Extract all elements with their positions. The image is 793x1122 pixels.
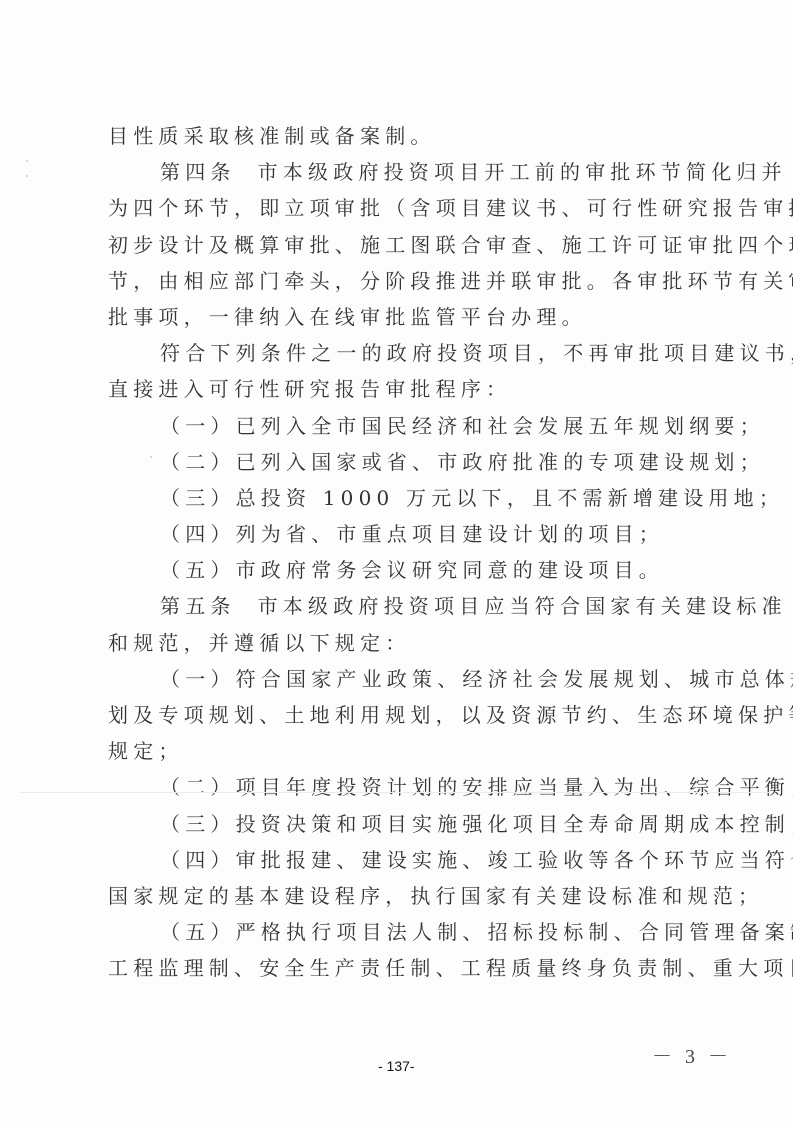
text-line: 节，由相应部门牵头，分阶段推进并联审批。各审批环节有关审 bbox=[108, 263, 694, 299]
article-heading: 第四条 bbox=[160, 160, 236, 184]
text-line: 目性质采取核准制或备案制。 bbox=[108, 118, 694, 154]
article-heading: 第五条 bbox=[160, 594, 236, 618]
list-item: （三）总投资 1000 万元以下，且不需新增建设用地； bbox=[108, 480, 694, 516]
text-line: 市本级政府投资项目开工前的审批环节简化归并 bbox=[258, 160, 787, 184]
list-item: （五）市政府常务会议研究同意的建设项目。 bbox=[108, 552, 694, 588]
scan-speck bbox=[150, 456, 152, 458]
original-page-number: － 3 － bbox=[652, 1040, 732, 1069]
compiled-page-number: - 137- bbox=[378, 1058, 415, 1074]
list-item: （五）严格执行项目法人制、招标投标制、合同管理备案制、 bbox=[108, 914, 694, 950]
list-item: （三）投资决策和项目实施强化项目全寿命周期成本控制； bbox=[108, 806, 694, 842]
list-item: （一）已列入全市国民经济和社会发展五年规划纲要； bbox=[108, 408, 694, 444]
text-line: 为四个环节，即立项审批（含项目建议书、可行性研究报告审批）、 bbox=[108, 190, 694, 226]
body-text: 目性质采取核准制或备案制。 第四条市本级政府投资项目开工前的审批环节简化归并 为… bbox=[108, 118, 694, 987]
text-line: 初步设计及概算审批、施工图联合审查、施工许可证审批四个环 bbox=[108, 227, 694, 263]
text-line: 批事项，一律纳入在线审批监管平台办理。 bbox=[108, 299, 694, 335]
scan-fold-line bbox=[20, 792, 770, 793]
text-line: 和规范，并遵循以下规定： bbox=[108, 625, 694, 661]
article-5-line: 第五条市本级政府投资项目应当符合国家有关建设标准 bbox=[108, 588, 694, 624]
text-line: 划及专项规划、土地利用规划，以及资源节约、生态环境保护等 bbox=[108, 697, 694, 733]
text-line: 符合下列条件之一的政府投资项目，不再审批项目建议书， bbox=[108, 335, 694, 371]
text-line: 规定； bbox=[108, 733, 694, 769]
list-item: （一）符合国家产业政策、经济社会发展规划、城市总体规 bbox=[108, 661, 694, 697]
list-item: （二）已列入国家或省、市政府批准的专项建设规划； bbox=[108, 444, 694, 480]
list-item: （二）项目年度投资计划的安排应当量入为出、综合平衡； bbox=[108, 769, 694, 805]
text-line: 直接进入可行性研究报告审批程序： bbox=[108, 371, 694, 407]
scan-speck bbox=[26, 175, 28, 177]
text-line: 市本级政府投资项目应当符合国家有关建设标准 bbox=[258, 594, 787, 618]
list-item: （四）审批报建、建设实施、竣工验收等各个环节应当符合 bbox=[108, 842, 694, 878]
article-4-line: 第四条市本级政府投资项目开工前的审批环节简化归并 bbox=[108, 154, 694, 190]
document-page: 目性质采取核准制或备案制。 第四条市本级政府投资项目开工前的审批环节简化归并 为… bbox=[0, 0, 793, 1122]
text-line: 工程监理制、安全生产责任制、工程质量终身负责制、重大项目 bbox=[108, 950, 694, 986]
text-line: 国家规定的基本建设程序，执行国家有关建设标准和规范； bbox=[108, 878, 694, 914]
list-item: （四）列为省、市重点项目建设计划的项目； bbox=[108, 516, 694, 552]
scan-speck bbox=[26, 160, 28, 162]
